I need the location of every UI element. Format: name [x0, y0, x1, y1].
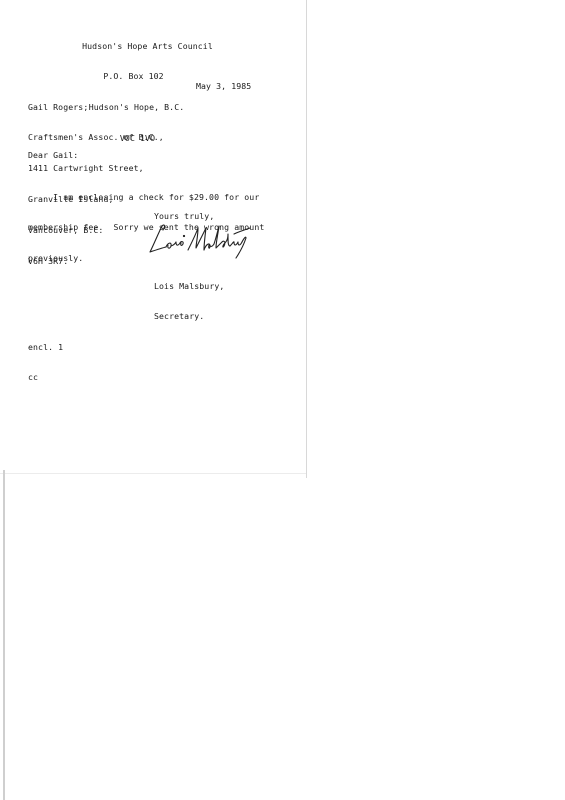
- page-edge-right: [306, 0, 307, 478]
- body-line: I am enclosing a check for $29.00 for ou…: [28, 192, 264, 202]
- signature-block: Lois Malsbury, Secretary.: [154, 260, 224, 332]
- page-edge-bottom: [0, 473, 306, 474]
- signature-icon: [148, 220, 252, 260]
- letter-date: May 3, 1985: [196, 81, 251, 91]
- salutation: Dear Gail:: [28, 150, 78, 160]
- cc-line: cc: [28, 372, 63, 382]
- recipient-line: Gail Rogers;: [28, 102, 164, 112]
- signer-title: Secretary.: [154, 311, 224, 321]
- letterhead-organization: Hudson's Hope Arts Council: [0, 41, 255, 51]
- signer-name: Lois Malsbury,: [154, 281, 224, 291]
- recipient-line: Craftsmen's Assoc. of B.C.,: [28, 132, 164, 142]
- enclosure-notes: encl. 1 cc: [28, 321, 63, 393]
- scan-edge-left: [3, 470, 5, 800]
- enclosure-line: encl. 1: [28, 342, 63, 352]
